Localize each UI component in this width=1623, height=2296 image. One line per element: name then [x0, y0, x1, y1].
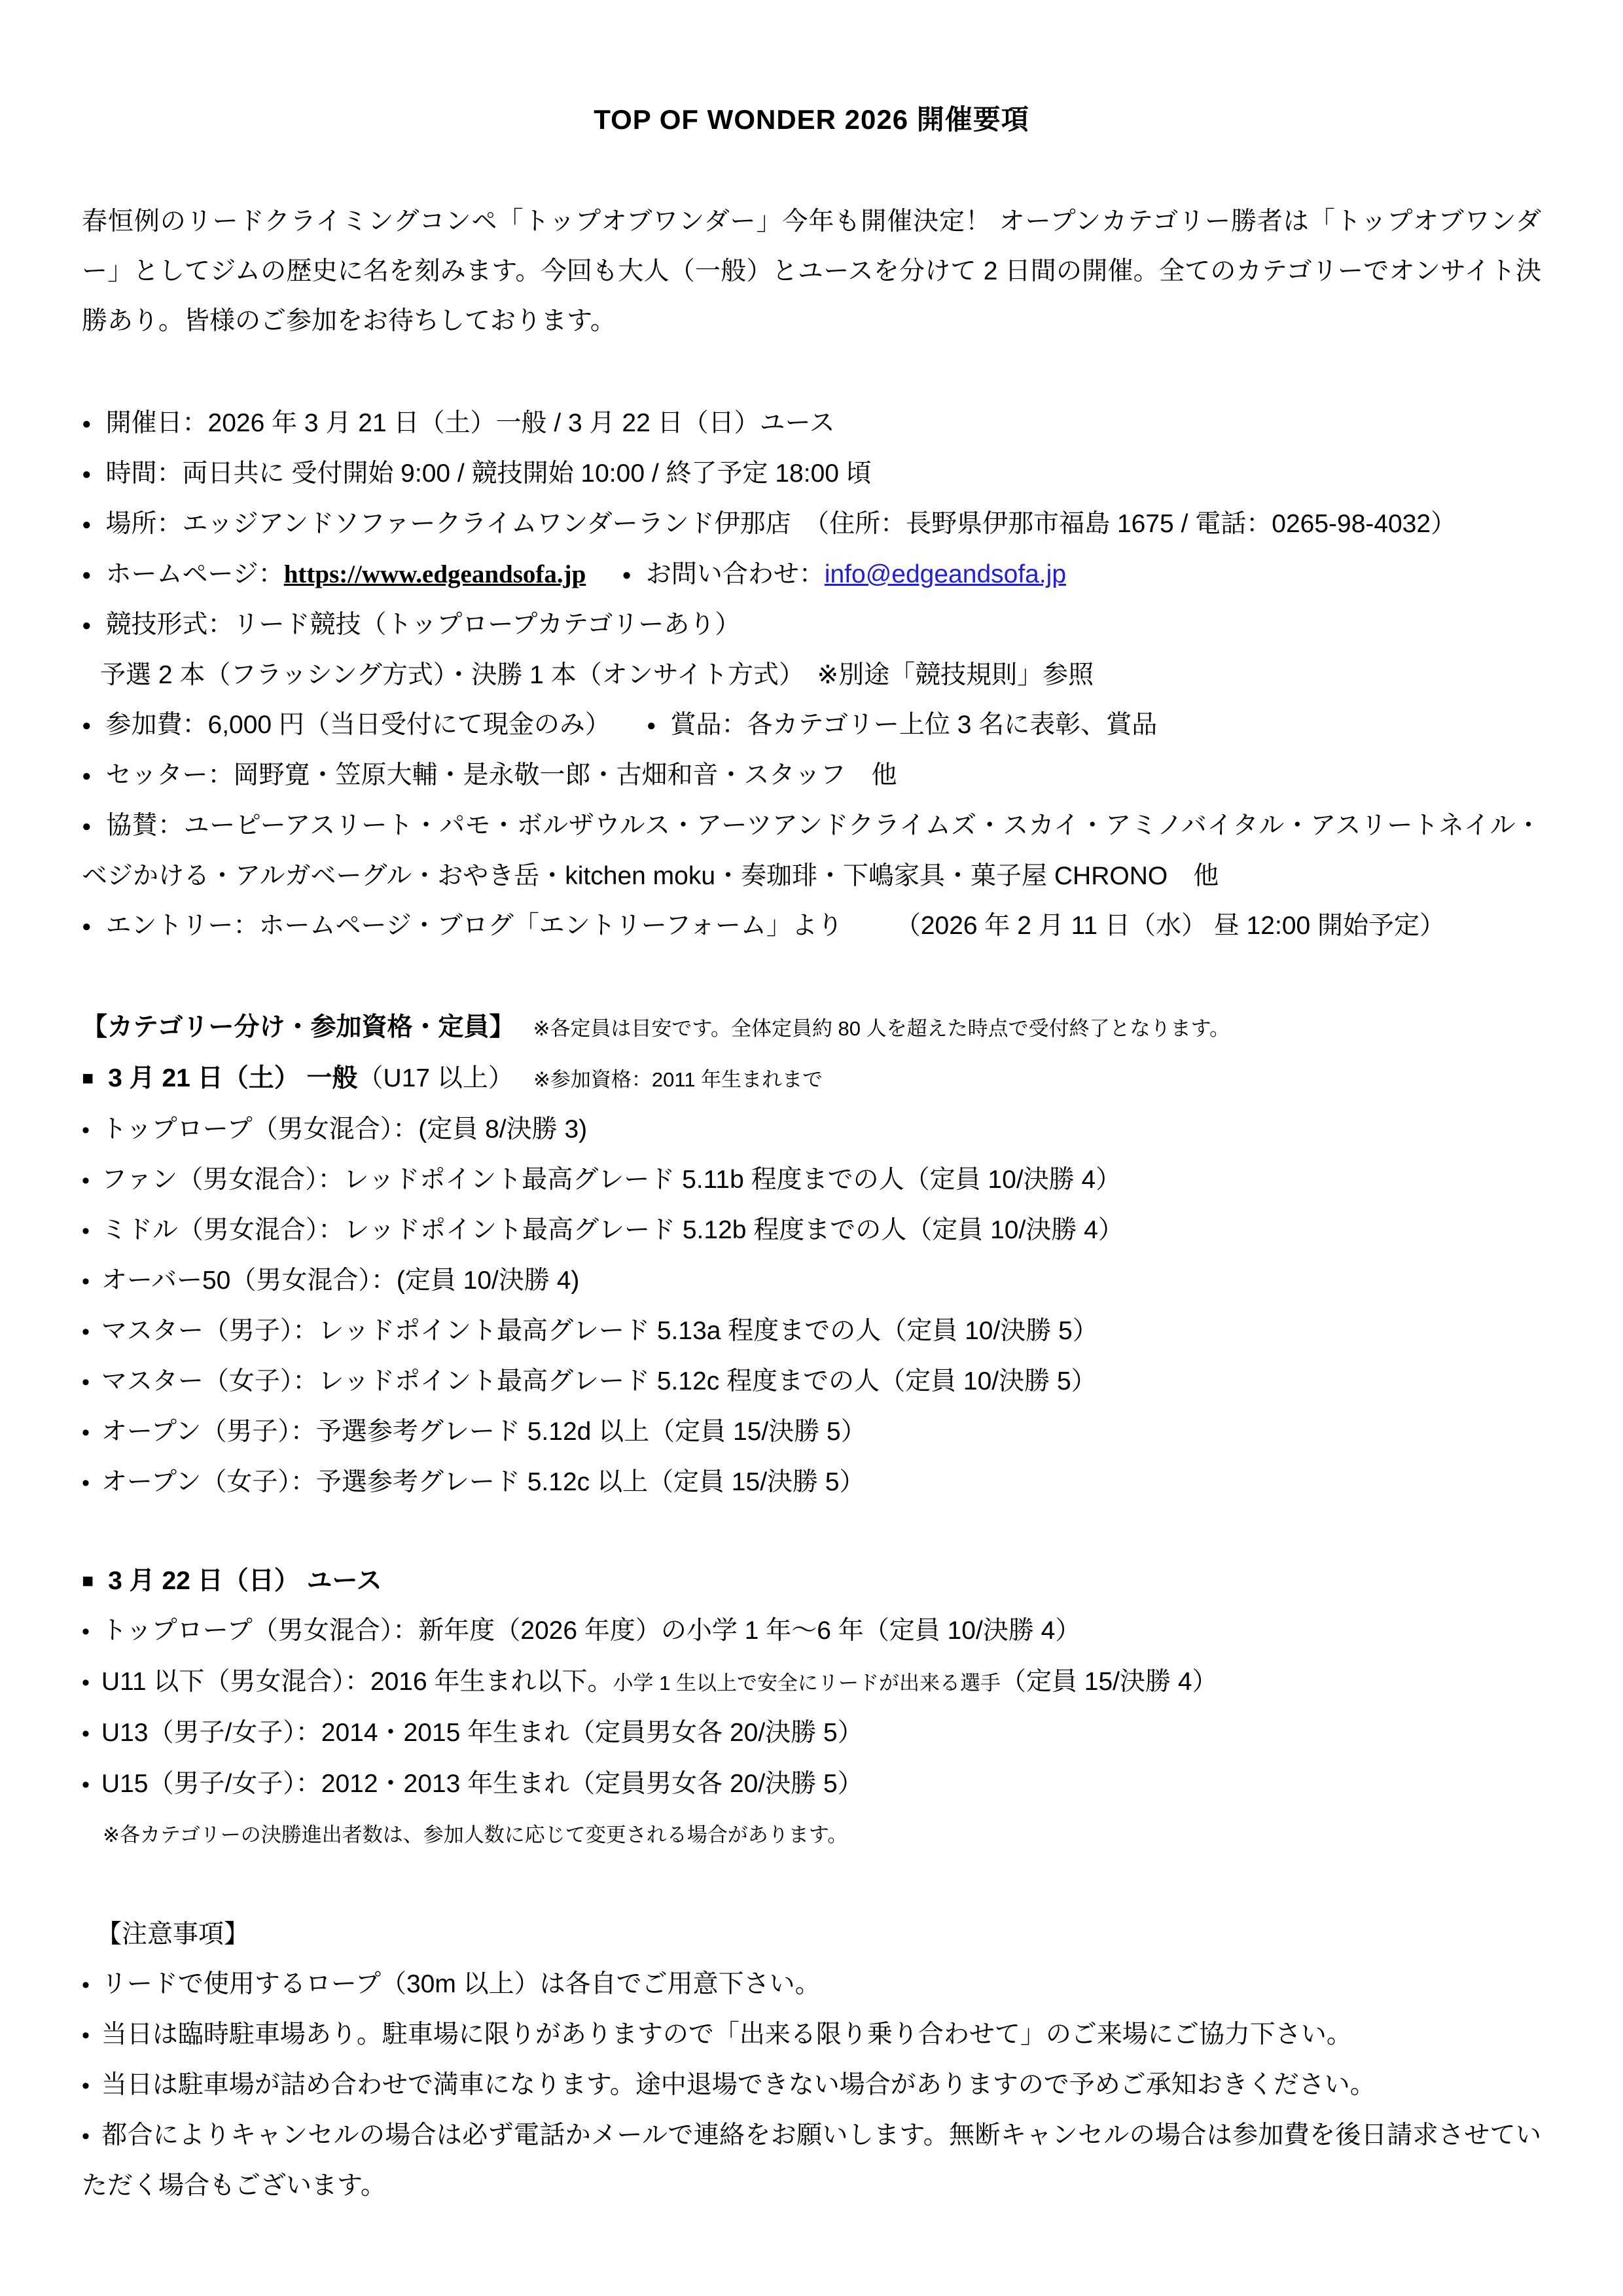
category-item: •トップロープ（男女混合）：(定員 8/決勝 3): [82, 1105, 1541, 1155]
info-item-sponsors: ●協賛：ユーピーアスリート・パモ・ボルザウルス・アーツアンドクライムズ・スカイ・…: [82, 801, 1541, 901]
info-item-place: ●場所：エッジアンドソファークライムワンダーランド伊那店 （住所：長野県伊那市福…: [82, 499, 1541, 550]
category-item-text: トップロープ（男女混合）：(定員 8/決勝 3): [101, 1115, 587, 1143]
info-item-date: ●開催日：2026 年 3 月 21 日（土）一般 / 3 月 22 日（日）ユ…: [82, 399, 1541, 449]
bullet-icon: ●: [82, 717, 92, 734]
homepage-label: ホームページ：: [106, 560, 284, 588]
dot-icon: •: [82, 2073, 90, 2098]
setters-text: セッター：岡野寛・笠原大輔・是永敬一郎・古畑和音・スタッフ 他: [106, 761, 897, 789]
category-item: •オープン（女子）：予選参考グレード 5.12c 以上（定員 15/決勝 5）: [82, 1458, 1541, 1508]
fee-text: 参加費：6,000 円（当日受付にて現金のみ）: [106, 711, 611, 739]
dot-icon: •: [82, 1471, 90, 1496]
category-item: •マスター（男子）：レッドポイント最高グレード 5.13a 程度までの人（定員 …: [82, 1306, 1541, 1357]
category-item-text: トップロープ（男女混合）：新年度（2026 年度）の小学 1 年～6 年（定員 …: [101, 1617, 1080, 1645]
bullet-icon: ●: [82, 817, 92, 835]
bullet-icon: ●: [82, 415, 92, 433]
dot-icon: •: [82, 1219, 90, 1244]
category-item-text: U13（男子/女子）：2014・2015 年生まれ（定員男女各 20/決勝 5）: [101, 1719, 863, 1747]
info-item-date-text: 開催日：2026 年 3 月 21 日（土）一般 / 3 月 22 日（日）ユー…: [106, 409, 835, 437]
notes-heading: 【注意事項】: [82, 1910, 1541, 1960]
square-icon: ■: [82, 1570, 94, 1592]
info-item-time-text: 時間：両日共に 受付開始 9:00 / 競技開始 10:00 / 終了予定 18…: [106, 459, 872, 488]
category-item-text: マスター（女子）：レッドポイント最高グレード 5.12c 程度までの人（定員 1…: [101, 1367, 1097, 1395]
category-item-text: U15（男子/女子）：2012・2013 年生まれ（定員男女各 20/決勝 5）: [101, 1770, 863, 1798]
dot-icon: •: [82, 1973, 90, 1998]
note-item: •当日は臨時駐車場あり。駐車場に限りがありますので「出来る限り乗り合わせて」のご…: [82, 2010, 1541, 2060]
square-icon: ■: [82, 1067, 94, 1089]
day2-title: 3 月 22 日（日） ユース: [108, 1567, 382, 1595]
category-item: •U13（男子/女子）：2014・2015 年生まれ（定員男女各 20/決勝 5…: [82, 1708, 1541, 1759]
note-item: •都合によりキャンセルの場合は必ず電話かメールで連絡をお願いします。無断キャンセ…: [82, 2111, 1541, 2211]
info-item-setters: ●セッター：岡野寛・笠原大輔・是永敬一郎・古畑和音・スタッフ 他: [82, 751, 1541, 801]
prize-text: 賞品：各カテゴリー上位 3 名に表彰、賞品: [670, 711, 1157, 739]
day1-title-suffix: （U17 以上）: [358, 1064, 514, 1092]
entry-text: エントリー：ホームページ・ブログ「エントリーフォーム」より: [106, 912, 843, 940]
day1-title-note: ※参加資格：2011 年生まれまで: [533, 1068, 823, 1091]
note-item-text: リードで使用するロープ（30m 以上）は各自でご用意下さい。: [101, 1970, 821, 1998]
category-item: •オープン（男子）：予選参考グレード 5.12d 以上（定員 15/決勝 5）: [82, 1407, 1541, 1458]
notes-section: 【注意事項】 •リードで使用するロープ（30m 以上）は各自でご用意下さい。 •…: [82, 1910, 1541, 2211]
category-item-text: ミドル（男女混合）：レッドポイント最高グレード 5.12b 程度までの人（定員 …: [101, 1216, 1124, 1244]
category-item-text: ファン（男女混合）：レッドポイント最高グレード 5.11b 程度までの人（定員 …: [101, 1166, 1121, 1194]
info-list: ●開催日：2026 年 3 月 21 日（土）一般 / 3 月 22 日（日）ユ…: [82, 399, 1541, 952]
day2-heading: ■3 月 22 日（日） ユース: [82, 1556, 1541, 1606]
format-detail-text: 予選 2 本（フラッシング方式）・決勝 1 本（オンサイト方式） ※別途「競技規…: [100, 661, 1094, 689]
bullet-icon: ●: [82, 617, 92, 634]
category-item: •ミドル（男女混合）：レッドポイント最高グレード 5.12b 程度までの人（定員…: [82, 1206, 1541, 1256]
bullet-icon: ●: [82, 465, 92, 483]
note-item: •当日は駐車場が詰め合わせで満車になります。途中退場できない場合がありますので予…: [82, 2060, 1541, 2111]
bullet-icon: ●: [622, 566, 632, 584]
dot-icon: •: [82, 2124, 90, 2149]
bullet-icon: ●: [82, 918, 92, 935]
categories-heading: 【カテゴリー分け・参加資格・定員】: [82, 1013, 514, 1041]
categories-heading-note: ※各定員は目安です。全体定員約 80 人を超えた時点で受付終了となります。: [533, 1017, 1230, 1040]
homepage-link[interactable]: https://www.edgeandsofa.jp: [284, 560, 586, 588]
category-item: •ファン（男女混合）：レッドポイント最高グレード 5.11b 程度までの人（定員…: [82, 1155, 1541, 1206]
category-item-tail: （定員 15/決勝 4）: [1001, 1668, 1218, 1696]
info-item-links: ●ホームページ：https://www.edgeandsofa.jp●お問い合わ…: [82, 550, 1541, 600]
entry-schedule-text: （2026 年 2 月 11 日（水） 昼 12:00 開始予定）: [895, 912, 1445, 940]
dot-icon: •: [82, 1118, 90, 1143]
info-item-fee-prize: ●参加費：6,000 円（当日受付にて現金のみ）●賞品：各カテゴリー上位 3 名…: [82, 700, 1541, 751]
info-item-time: ●時間：両日共に 受付開始 9:00 / 競技開始 10:00 / 終了予定 1…: [82, 449, 1541, 499]
dot-icon: •: [82, 1168, 90, 1193]
category-item: •U15（男子/女子）：2012・2013 年生まれ（定員男女各 20/決勝 5…: [82, 1759, 1541, 1810]
dot-icon: •: [82, 1420, 90, 1445]
dot-icon: •: [82, 1619, 90, 1644]
dot-icon: •: [82, 1370, 90, 1395]
contact-label: お問い合わせ：: [646, 560, 825, 588]
dot-icon: •: [82, 1269, 90, 1294]
day1-title: 3 月 21 日（土） 一般: [108, 1064, 357, 1092]
note-item: •リードで使用するロープ（30m 以上）は各自でご用意下さい。: [82, 1960, 1541, 2010]
note-item-text: 当日は駐車場が詰め合わせで満車になります。途中退場できない場合がありますので予め…: [101, 2071, 1376, 2099]
category-item-text: マスター（男子）：レッドポイント最高グレード 5.13a 程度までの人（定員 1…: [101, 1317, 1098, 1345]
note-item-text: 当日は臨時駐車場あり。駐車場に限りがありますので「出来る限り乗り合わせて」のご来…: [101, 2020, 1352, 2049]
info-item-format-detail: 予選 2 本（フラッシング方式）・決勝 1 本（オンサイト方式） ※別途「競技規…: [82, 651, 1541, 700]
category-item-text: オープン（男子）：予選参考グレード 5.12d 以上（定員 15/決勝 5）: [101, 1418, 866, 1446]
categories-note: ※各カテゴリーの決勝進出者数は、参加人数に応じて変更される場合があります。: [82, 1810, 1541, 1860]
document-title: TOP OF WONDER 2026 開催要項: [82, 95, 1541, 145]
category-item-small-text: 小学 1 生以上で安全にリードが出来る選手: [613, 1672, 1001, 1695]
category-item: •オーバー50（男女混合）：(定員 10/決勝 4): [82, 1256, 1541, 1306]
bullet-icon: ●: [82, 767, 92, 785]
dot-icon: •: [82, 1319, 90, 1344]
dot-icon: •: [82, 2023, 90, 2048]
category-item-text: オーバー50（男女混合）：(定員 10/決勝 4): [101, 1266, 579, 1295]
note-item-text: 都合によりキャンセルの場合は必ず電話かメールで連絡をお願いします。無断キャンセル…: [82, 2121, 1541, 2200]
info-item-format-text: 競技形式：リード競技（トップロープカテゴリーあり）: [106, 611, 741, 639]
info-item-format: ●競技形式：リード競技（トップロープカテゴリーあり）: [82, 600, 1541, 651]
category-item: •U11 以下（男女混合）：2016 年生まれ以下。小学 1 生以上で安全にリー…: [82, 1657, 1541, 1708]
dot-icon: •: [82, 1721, 90, 1746]
intro-paragraph: 春恒例のリードクライミングコンペ「トップオブワンダー」今年も開催決定！ オープン…: [82, 197, 1541, 346]
category-item: •トップロープ（男女混合）：新年度（2026 年度）の小学 1 年～6 年（定員…: [82, 1606, 1541, 1657]
info-item-entry: ●エントリー：ホームページ・ブログ「エントリーフォーム」より（2026 年 2 …: [82, 901, 1541, 952]
day1-heading: ■3 月 21 日（土） 一般（U17 以上）※参加資格：2011 年生まれまで: [82, 1054, 1541, 1105]
document-page: TOP OF WONDER 2026 開催要項 春恒例のリードクライミングコンペ…: [0, 0, 1623, 2296]
categories-heading-line: 【カテゴリー分け・参加資格・定員】※各定員は目安です。全体定員約 80 人を超え…: [82, 1003, 1541, 1054]
category-item-text: オープン（女子）：予選参考グレード 5.12c 以上（定員 15/決勝 5）: [101, 1468, 865, 1496]
bullet-icon: ●: [82, 566, 92, 584]
sponsors-text: 協賛：ユーピーアスリート・パモ・ボルザウルス・アーツアンドクライムズ・スカイ・ア…: [82, 812, 1541, 890]
bullet-icon: ●: [647, 717, 656, 734]
category-item-text: U11 以下（男女混合）：2016 年生まれ以下。: [101, 1668, 613, 1696]
info-item-place-text: 場所：エッジアンドソファークライムワンダーランド伊那店 （住所：長野県伊那市福島…: [106, 510, 1457, 538]
dot-icon: •: [82, 1772, 90, 1797]
category-item: •マスター（女子）：レッドポイント最高グレード 5.12c 程度までの人（定員 …: [82, 1357, 1541, 1407]
dot-icon: •: [82, 1670, 90, 1695]
day2-section: ■3 月 22 日（日） ユース •トップロープ（男女混合）：新年度（2026 …: [82, 1556, 1541, 1860]
categories-section: 【カテゴリー分け・参加資格・定員】※各定員は目安です。全体定員約 80 人を超え…: [82, 1003, 1541, 1860]
contact-email-link[interactable]: info@edgeandsofa.jp: [825, 560, 1066, 588]
bullet-icon: ●: [82, 516, 92, 533]
